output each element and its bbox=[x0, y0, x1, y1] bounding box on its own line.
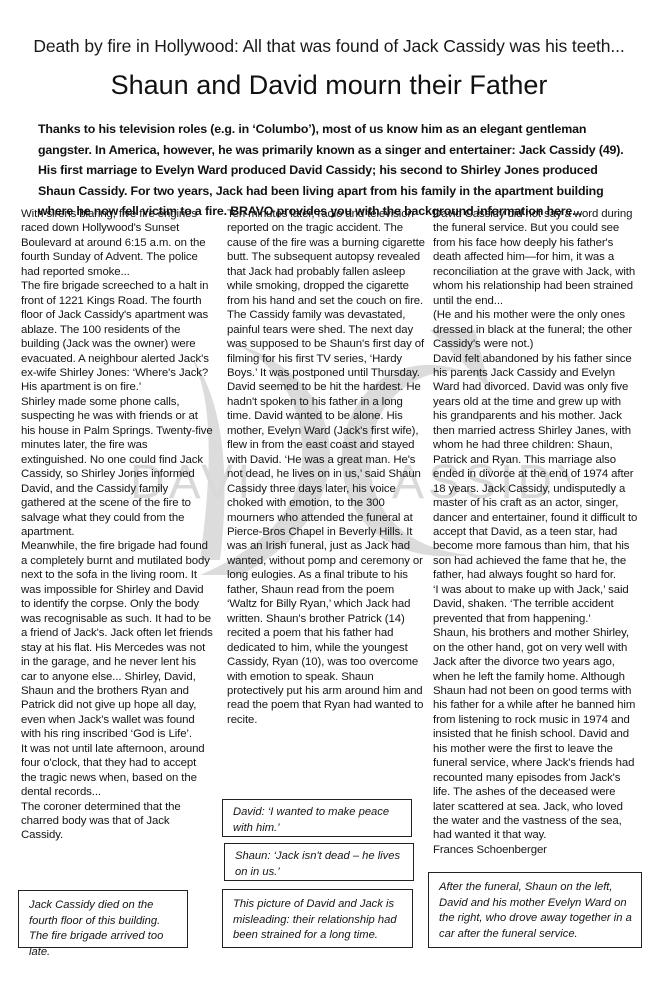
author-byline: Frances Schoenberger bbox=[433, 843, 638, 857]
paragraph: Ten minutes later, radio and television … bbox=[227, 207, 427, 380]
paragraph: David felt abandoned by his father since… bbox=[433, 352, 638, 583]
paragraph: David seemed to be hit the hardest. He h… bbox=[227, 380, 427, 727]
caption-picture: This picture of David and Jack is mislea… bbox=[222, 889, 413, 948]
paragraph: It was not until late afternoon, around … bbox=[21, 742, 213, 800]
caption-david-quote: David: ‘I wanted to make peace with him.… bbox=[222, 799, 412, 837]
article-headline: Shaun and David mourn their Father bbox=[0, 70, 658, 101]
caption-building: Jack Cassidy died on the fourth floor of… bbox=[18, 890, 188, 948]
article-column-1: With sirens blaring, five fire engines r… bbox=[21, 207, 213, 843]
paragraph: Shaun, his brothers and mother Shirley, … bbox=[433, 626, 638, 843]
paragraph: The fire brigade screeched to a halt in … bbox=[21, 279, 213, 395]
article-column-2: Ten minutes later, radio and television … bbox=[227, 207, 427, 727]
paragraph: Shirley made some phone calls, suspectin… bbox=[21, 395, 213, 540]
paragraph: With sirens blaring, five fire engines r… bbox=[21, 207, 213, 279]
paragraph: David Cassidy did not say a word during … bbox=[433, 207, 638, 308]
article-kicker: Death by fire in Hollywood: All that was… bbox=[0, 36, 658, 57]
paragraph: Meanwhile, the fire brigade had found a … bbox=[21, 539, 213, 741]
paragraph: ‘I was about to make up with Jack,’ said… bbox=[433, 583, 638, 626]
caption-shaun-quote: Shaun: ‘Jack isn't dead – he lives on in… bbox=[224, 843, 414, 881]
article-column-3: David Cassidy did not say a word during … bbox=[433, 207, 638, 857]
paragraph: (He and his mother were the only ones dr… bbox=[433, 308, 638, 351]
caption-funeral: After the funeral, Shaun on the left, Da… bbox=[428, 872, 642, 948]
paragraph: The coroner determined that the charred … bbox=[21, 800, 213, 843]
